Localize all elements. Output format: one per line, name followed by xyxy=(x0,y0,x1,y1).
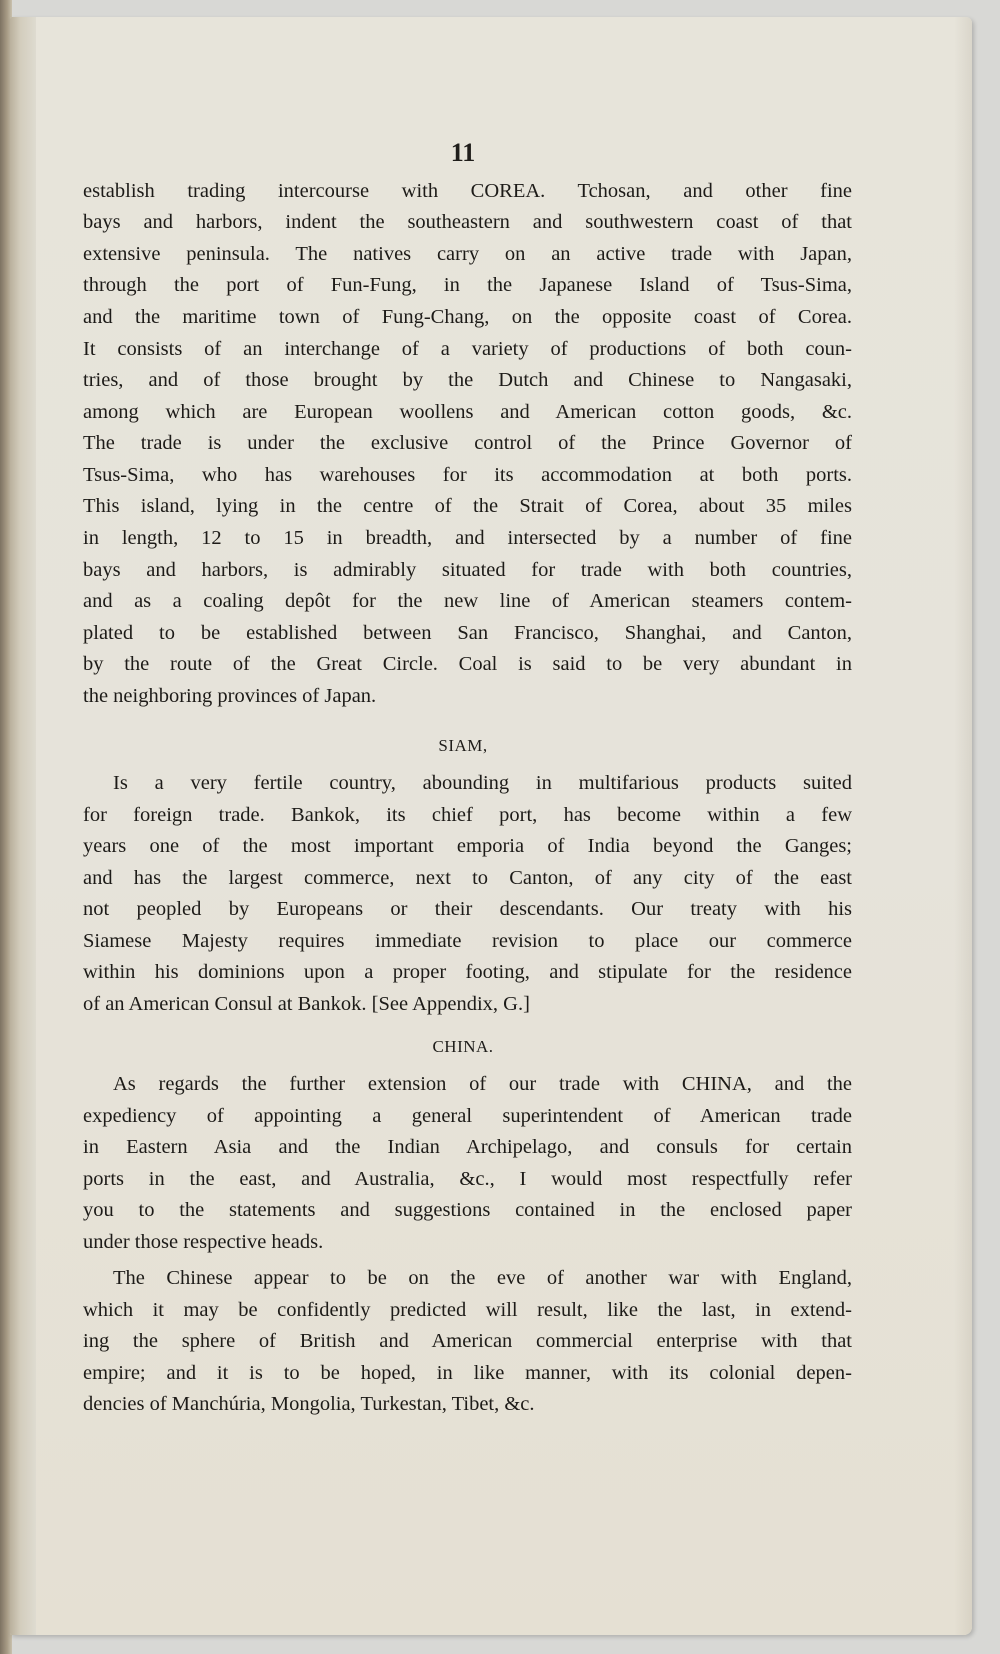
page-gutter-shadow xyxy=(10,17,36,1635)
text-line: not peopled by Europeans or their descen… xyxy=(83,897,852,921)
text-line: This island, lying in the centre of the … xyxy=(83,494,852,518)
text-line: ing the sphere of British and American c… xyxy=(83,1329,852,1353)
text-line: and has the largest commerce, next to Ca… xyxy=(83,866,852,890)
page-edge-shade xyxy=(954,17,972,1635)
section-heading-siam: SIAM, xyxy=(10,736,944,756)
text-line: in length, 12 to 15 in breadth, and inte… xyxy=(83,526,852,550)
text-line: by the route of the Great Circle. Coal i… xyxy=(83,652,852,676)
text-line: The trade is under the exclusive control… xyxy=(83,431,852,455)
text-line: years one of the most important emporia … xyxy=(83,834,852,858)
section-heading-china: CHINA. xyxy=(10,1037,944,1057)
text-line: ports in the east, and Australia, &c., I… xyxy=(83,1167,852,1191)
text-line: through the port of Fun-Fung, in the Jap… xyxy=(83,273,852,297)
text-line: which it may be confidently predicted wi… xyxy=(83,1298,852,1322)
text-line: bays and harbors, is admirably situated … xyxy=(83,558,852,582)
text-line: It consists of an interchange of a varie… xyxy=(83,337,852,361)
text-line: Is a very fertile country, abounding in … xyxy=(83,771,852,795)
text-line: and as a coaling depôt for the new line … xyxy=(83,589,852,613)
text-line: in Eastern Asia and the Indian Archipela… xyxy=(83,1135,852,1159)
text-line: of an American Consul at Bankok. [See Ap… xyxy=(83,992,852,1016)
text-line: for foreign trade. Bankok, its chief por… xyxy=(83,803,852,827)
text-line: tries, and of those brought by the Dutch… xyxy=(83,368,852,392)
text-line: Siamese Majesty requires immediate revis… xyxy=(83,929,852,953)
text-line: and the maritime town of Fung-Chang, on … xyxy=(83,305,852,329)
text-line: Tsus-Sima, who has warehouses for its ac… xyxy=(83,463,852,487)
text-line: expediency of appointing a general super… xyxy=(83,1104,852,1128)
book-page: 11 establish trading intercourse with CO… xyxy=(10,17,972,1635)
text-line: The Chinese appear to be on the eve of a… xyxy=(83,1266,852,1290)
text-line: you to the statements and suggestions co… xyxy=(83,1198,852,1222)
page-number: 11 xyxy=(10,138,944,168)
text-line: As regards the further extension of our … xyxy=(83,1072,852,1096)
text-line: dencies of Manchúria, Mongolia, Turkesta… xyxy=(83,1392,852,1416)
text-line: among which are European woollens and Am… xyxy=(83,400,852,424)
text-line: extensive peninsula. The natives carry o… xyxy=(83,242,852,266)
text-line: plated to be established between San Fra… xyxy=(83,621,852,645)
text-line: under those respective heads. xyxy=(83,1230,852,1254)
text-line: establish trading intercourse with COREA… xyxy=(83,179,852,203)
scanned-page-scene: 11 establish trading intercourse with CO… xyxy=(0,0,1000,1654)
text-line: empire; and it is to be hoped, in like m… xyxy=(83,1361,852,1385)
text-line: within his dominions upon a proper footi… xyxy=(83,960,852,984)
text-line: bays and harbors, indent the southeaster… xyxy=(83,210,852,234)
text-line: the neighboring provinces of Japan. xyxy=(83,684,852,708)
